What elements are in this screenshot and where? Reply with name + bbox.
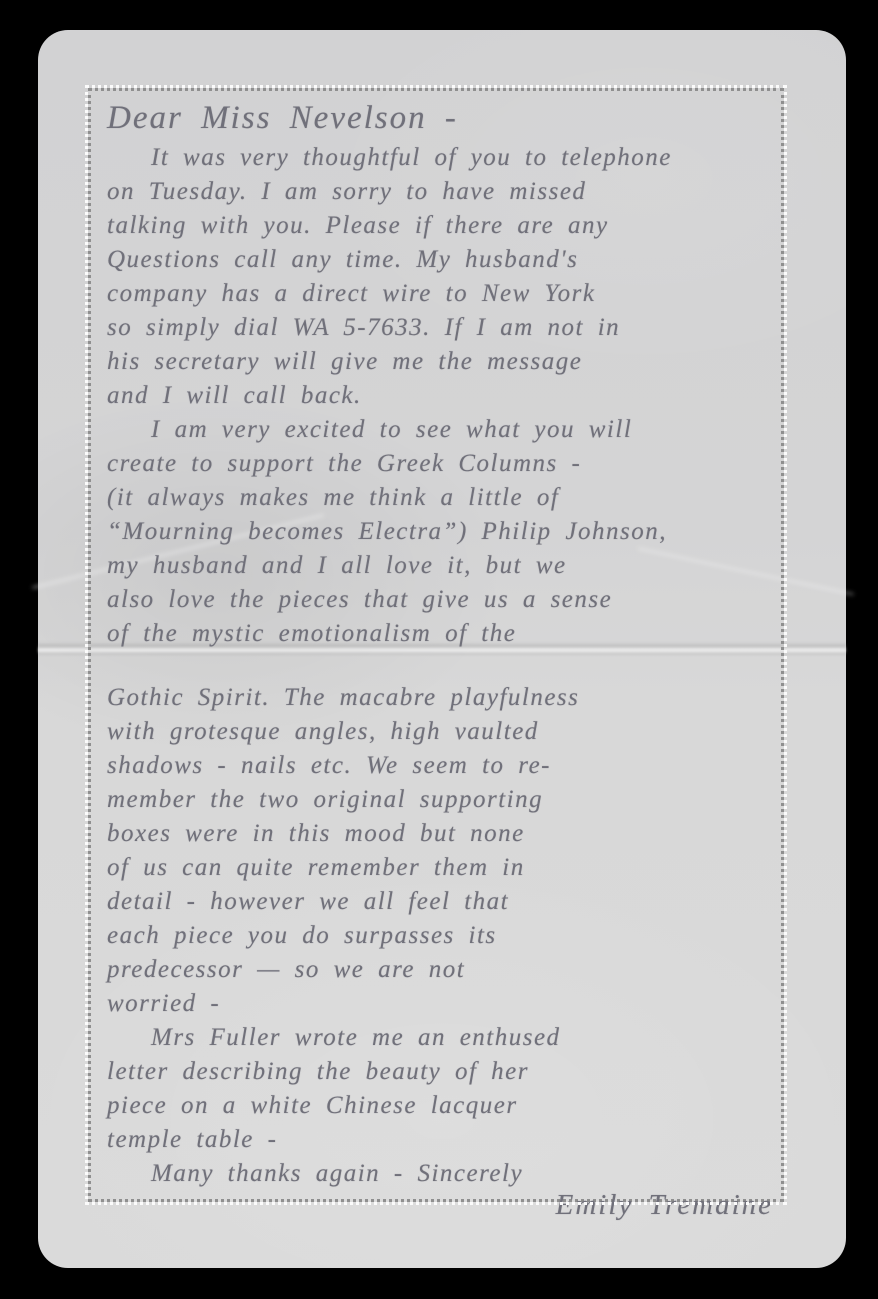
letter-line: my husband and I all love it, but we [107,549,775,583]
letter-line: “Mourning becomes Electra”) Philip Johns… [107,515,775,549]
letter-line: temple table - [107,1123,775,1157]
letter-line: detail - however we all feel that [107,885,775,919]
letter-line: Many thanks again - Sincerely [107,1157,775,1191]
letter-line: It was very thoughtful of you to telepho… [107,141,775,175]
letter-line: on Tuesday. I am sorry to have missed [107,175,775,209]
letter-line: Mrs Fuller wrote me an enthused [107,1021,775,1055]
letter-line: I am very excited to see what you will [107,413,775,447]
letter-line: boxes were in this mood but none [107,817,775,851]
letter-line: letter describing the beauty of her [107,1055,775,1089]
letter-line: talking with you. Please if there are an… [107,209,775,243]
letter-body-bottom: Gothic Spirit. The macabre playfulnesswi… [107,681,775,1191]
letter-line: Questions call any time. My husband's [107,243,775,277]
letter-line: (it always makes me think a little of [107,481,775,515]
perforated-border: Dear Miss Nevelson - It was very thought… [88,88,784,1202]
letter-line: so simply dial WA 5-7633. If I am not in [107,311,775,345]
letter-line: and I will call back. [107,379,775,413]
letter-line: each piece you do surpasses its [107,919,775,953]
letter-paper: Dear Miss Nevelson - It was very thought… [38,30,846,1268]
letter-line: with grotesque angles, high vaulted [107,715,775,749]
signature: Emily Tremaine [107,1187,775,1223]
fold-gap [107,651,775,681]
letter-line: predecessor — so we are not [107,953,775,987]
letter-body-top: It was very thoughtful of you to telepho… [107,141,775,651]
letter-line: of us can quite remember them in [107,851,775,885]
letter-line: also love the pieces that give us a sens… [107,583,775,617]
letter-line: create to support the Greek Columns - [107,447,775,481]
letter-line: his secretary will give me the message [107,345,775,379]
letter-line: piece on a white Chinese lacquer [107,1089,775,1123]
letter-line: worried - [107,987,775,1021]
letter-line: member the two original supporting [107,783,775,817]
photo-background: Dear Miss Nevelson - It was very thought… [0,0,878,1299]
letter-line: of the mystic emotionalism of the [107,617,775,651]
letter-line: company has a direct wire to New York [107,277,775,311]
letter-line: Gothic Spirit. The macabre playfulness [107,681,775,715]
letter-line: shadows - nails etc. We seem to re- [107,749,775,783]
salutation: Dear Miss Nevelson - [107,97,775,139]
